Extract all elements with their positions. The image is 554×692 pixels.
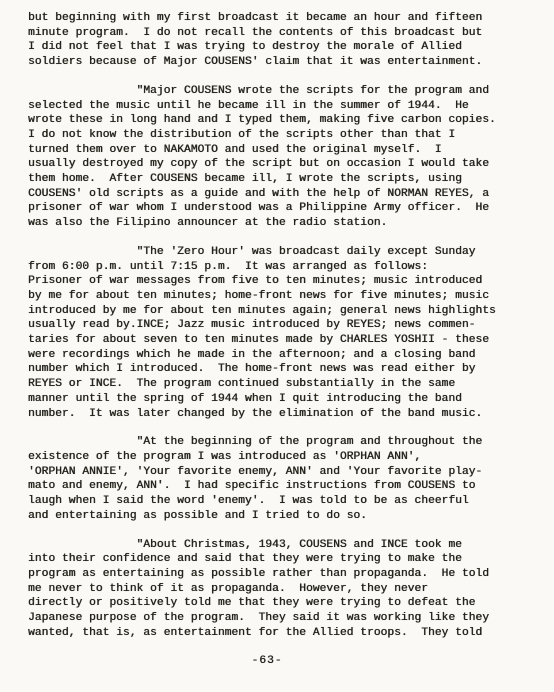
paragraph-zero-hour: "The 'Zero Hour' was broadcast daily exc… — [28, 245, 506, 421]
scanned-document-page: but beginning with my first broadcast it… — [0, 0, 554, 692]
paragraph-orphan-ann: "At the beginning of the program and thr… — [28, 435, 506, 523]
paragraph-scripts: "Major COUSENS wrote the scripts for the… — [28, 84, 506, 231]
page-number: -63- — [28, 654, 506, 669]
document-text-block: but beginning with my first broadcast it… — [28, 11, 506, 669]
paragraph-about-christmas: "About Christmas, 1943, COUSENS and INCE… — [28, 538, 506, 641]
paragraph-continuation: but beginning with my first broadcast it… — [28, 11, 506, 70]
